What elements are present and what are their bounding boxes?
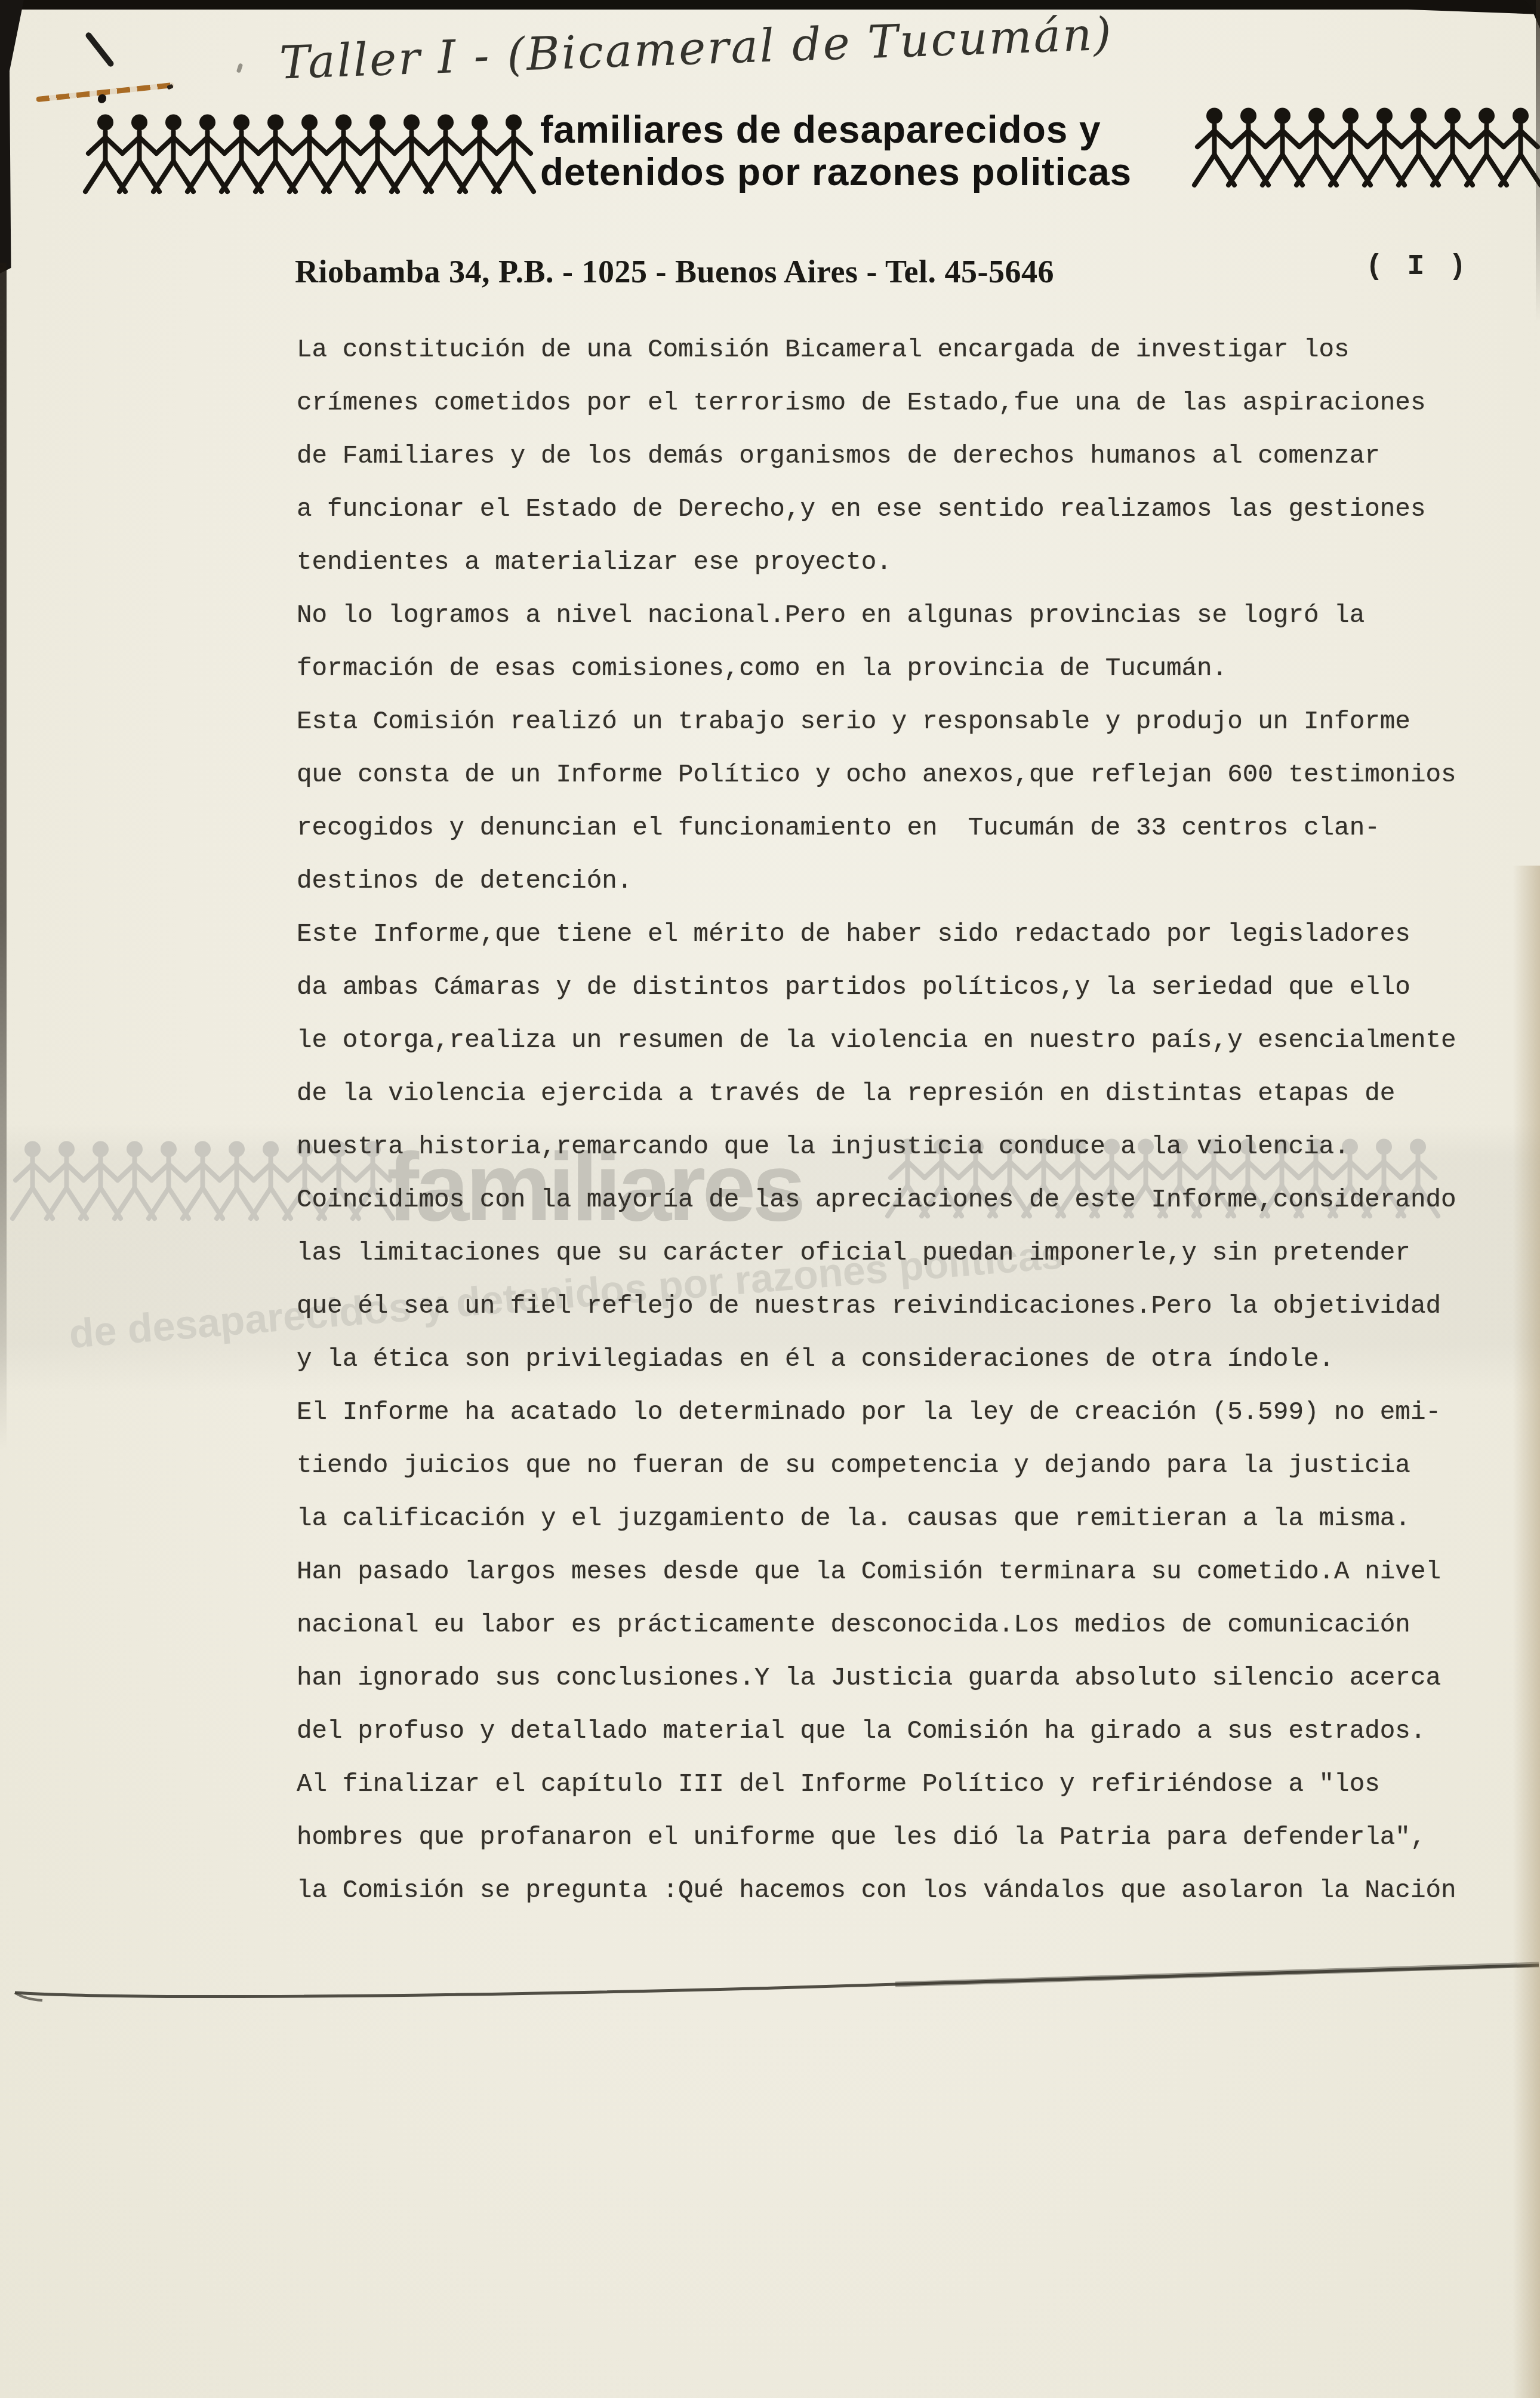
- ink-blob-mark: [98, 94, 106, 103]
- pen-slash-mark: [85, 31, 115, 67]
- typewritten-line: le otorga,realiza un resumen de la viole…: [297, 1014, 1514, 1067]
- typewritten-line: del profuso y detallado material que la …: [297, 1705, 1514, 1758]
- typewritten-line: que consta de un Informe Político y ocho…: [297, 749, 1514, 802]
- letterhead-address: Riobamba 34, P.B. - 1025 - Buenos Aires …: [0, 253, 1349, 290]
- typewritten-line: que él sea un fiel reflejo de nuestras r…: [297, 1280, 1514, 1333]
- typewritten-line: recogidos y denuncian el funcionamiento …: [297, 802, 1514, 855]
- org-name-line1: familiares de desaparecidos y: [540, 109, 1245, 151]
- typewritten-line: nacional eu labor es prácticamente desco…: [297, 1599, 1514, 1652]
- page-number: ( I ): [1366, 251, 1470, 283]
- typewritten-line: de Familiares y de los demás organismos …: [297, 430, 1514, 483]
- typewritten-line: y la ética son privilegiadas en él a con…: [297, 1333, 1514, 1386]
- typewritten-line: tiendo juicios que no fueran de su compe…: [297, 1439, 1514, 1492]
- fold-crease-line: [0, 1952, 1540, 2018]
- ink-dot-mark: [236, 63, 244, 73]
- typewritten-line: nuestra historia,remarcando que la injus…: [297, 1120, 1514, 1174]
- paper-doll-chain-right-icon: [1197, 107, 1538, 187]
- typewritten-line: hombres que profanaron el uniforme que l…: [297, 1811, 1514, 1864]
- typewritten-line: la Comisión se pregunta :Qué hacemos con…: [297, 1864, 1514, 1917]
- scan-edge-right-shade: [1513, 866, 1540, 2398]
- typewritten-line: Coincidimos con la mayoría de las apreci…: [297, 1174, 1514, 1227]
- typewritten-line: crímenes cometidos por el terrorismo de …: [297, 377, 1514, 430]
- typewritten-line: da ambas Cámaras y de distintos partidos…: [297, 961, 1514, 1014]
- scan-edge-right-line: [1536, 0, 1540, 322]
- typewritten-body: La constitución de una Comisión Bicamera…: [297, 324, 1514, 1917]
- typewritten-line: la calificación y el juzgamiento de la. …: [297, 1492, 1514, 1546]
- ink-tick-mark: [167, 84, 174, 90]
- scan-edge-left-strip: [0, 263, 7, 1451]
- typewritten-line: No lo logramos a nivel nacional.Pero en …: [297, 589, 1514, 642]
- typewritten-line: han ignorado sus conclusiones.Y la Justi…: [297, 1652, 1514, 1705]
- scan-edge-top: [0, 0, 1540, 10]
- typewritten-line: La constitución de una Comisión Bicamera…: [297, 324, 1514, 377]
- typewritten-line: Al finalizar el capítulo III del Informe…: [297, 1758, 1514, 1811]
- typewritten-line: Esta Comisión realizó un trabajo serio y…: [297, 695, 1514, 749]
- scanned-document-page: familiares de desaparecidos y detenidos …: [0, 0, 1540, 2398]
- typewritten-line: Han pasado largos meses desde que la Com…: [297, 1546, 1514, 1599]
- typewritten-line: tendientes a materializar ese proyecto.: [297, 536, 1514, 589]
- typewritten-line: las limitaciones que su carácter oficial…: [297, 1227, 1514, 1280]
- typewritten-line: Este Informe,que tiene el mérito de habe…: [297, 908, 1514, 961]
- typewritten-line: a funcionar el Estado de Derecho,y en es…: [297, 483, 1514, 536]
- handwritten-note: Taller I - (Bicameral de Tucumán): [279, 7, 1116, 90]
- typewritten-line: El Informe ha acatado lo determinado por…: [297, 1386, 1514, 1439]
- org-name-line2: detenidos por razones politicas: [540, 151, 1245, 193]
- paper-doll-chain-left-icon: [88, 113, 531, 194]
- scan-edge-left: [0, 0, 25, 273]
- scan-edge-top-right: [1391, 0, 1540, 14]
- typewritten-line: destinos de detención.: [297, 855, 1514, 908]
- typewritten-line: de la violencia ejercida a través de la …: [297, 1067, 1514, 1120]
- org-name: familiares de desaparecidos y detenidos …: [540, 109, 1245, 193]
- typewritten-line: formación de esas comisiones,como en la …: [297, 642, 1514, 695]
